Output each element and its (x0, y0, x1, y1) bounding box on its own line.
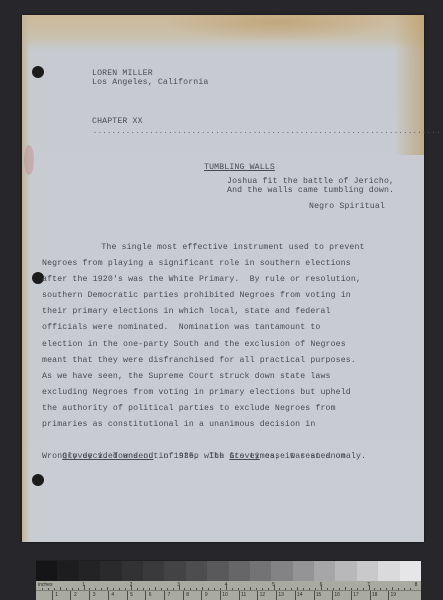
cm-mark-label: 13 (278, 592, 284, 598)
ruler-tick (351, 588, 352, 590)
ruler-tick (232, 588, 233, 590)
ruler-tick (208, 588, 209, 590)
ruler-tick (285, 588, 286, 590)
cm-mark-label: 11 (241, 592, 246, 598)
ruler-tick (238, 588, 239, 590)
ruler-tick (66, 588, 67, 590)
ruler-tick (276, 591, 277, 600)
cm-mark-label: 5 (130, 592, 133, 598)
cm-mark-label: 4 (111, 592, 114, 598)
ruler-tick (89, 591, 90, 600)
ruler-tick (101, 588, 102, 590)
ruler-tick (262, 588, 263, 590)
grayscale-patch (378, 561, 399, 581)
ruler-tick (357, 588, 358, 590)
grayscale-patch (164, 561, 185, 581)
ruler-tick (226, 585, 227, 590)
grayscale-patch (122, 561, 143, 581)
chapter-divider: ........................................… (93, 129, 441, 135)
ruler-tick (190, 588, 191, 590)
ruler-tick (220, 588, 221, 590)
grayscale-patch (271, 561, 292, 581)
cm-mark-label: 10 (222, 592, 228, 598)
ruler-tick (60, 587, 61, 590)
grayscale-patch (143, 561, 164, 581)
body-line: southern Democratic parties prohibited N… (42, 288, 366, 304)
cm-mark-label: 9 (205, 592, 208, 598)
inch-mark-label: 8 (415, 582, 418, 588)
cm-mark-label: 8 (186, 592, 189, 598)
ruler-tick (333, 588, 334, 590)
ruler-tick (363, 588, 364, 590)
ruler-tick (164, 591, 165, 600)
cm-mark-label: 18 (372, 592, 378, 598)
body-line: Negroes from playing a significant role … (42, 256, 366, 272)
ruler-tick (214, 588, 215, 590)
ruler-tick (143, 588, 144, 590)
body-line: The single most effective instrument use… (76, 240, 366, 256)
ruler-tick (149, 588, 150, 590)
ruler-tick (410, 588, 411, 590)
ruler-tick (125, 588, 126, 590)
body-line: after the 1920's was the White Primary. … (42, 272, 366, 288)
ruler-tick (244, 588, 245, 590)
ruler-tick (119, 588, 120, 590)
ruler-tick (179, 585, 180, 590)
ruler-tick (52, 591, 53, 600)
ruler-tick (388, 591, 389, 600)
cm-mark-label: 19 (391, 592, 397, 598)
ruler-tick (392, 587, 393, 590)
grayscale-patch (229, 561, 250, 581)
grayscale-patch (314, 561, 335, 581)
ruler-tick (256, 588, 257, 590)
ruler-tick (113, 588, 114, 590)
ruler-tick (268, 588, 269, 590)
grayscale-patch (400, 561, 421, 581)
ruler-tick (42, 588, 43, 590)
ruler-tick (257, 591, 258, 600)
body-line: officials were nominated. Nomination was… (42, 320, 366, 336)
body-line: Wrongly decided and out of step with its… (42, 449, 366, 465)
ruler-tick (127, 591, 128, 600)
ruler-tick (161, 588, 162, 590)
ruler-tick (380, 588, 381, 590)
ruler-tick (108, 591, 109, 600)
chapter-label: CHAPTER XX (92, 117, 143, 127)
ruler-tick (295, 591, 296, 600)
grayscale-patch (36, 561, 57, 581)
ruler-tick (155, 587, 156, 590)
ruler-tick (184, 588, 185, 590)
ruler-tick (145, 591, 146, 600)
ruler-tick (303, 588, 304, 590)
ruler-tick (386, 588, 387, 590)
epigraph-line-2: And the walls came tumbling down. (227, 186, 394, 196)
ruler-tick (72, 588, 73, 590)
red-stain (24, 145, 34, 175)
ruler-tick (339, 588, 340, 590)
body-line: their primary elections in which local, … (42, 304, 366, 320)
ruler-tick (196, 588, 197, 590)
cm-mark-label: 14 (297, 592, 303, 598)
cm-mark-label: 1 (55, 592, 58, 598)
ruler-tick (95, 588, 96, 590)
cm-mark-label: 3 (93, 592, 96, 598)
ruler-tick (404, 588, 405, 590)
ruler-tick (327, 588, 328, 590)
ruler-tick (297, 587, 298, 590)
ruler-unit-label: inches (38, 582, 52, 588)
ruler-cm-row: 12345678910111213141516171819 (36, 591, 421, 600)
ruler-tick (279, 588, 280, 590)
punch-hole-top (32, 66, 44, 78)
ruler-tick (220, 591, 221, 600)
body-line: the authority of political parties to ex… (42, 401, 366, 417)
ruler-tick (332, 591, 333, 600)
grayscale-patch (186, 561, 207, 581)
body-line: excluding Negroes from voting in primary… (42, 385, 366, 401)
body-line-case-citation: Grovey v. Townsend in 1935. The Grovey c… (42, 433, 366, 449)
ruler-tick (345, 587, 346, 590)
grayscale-patch (293, 561, 314, 581)
ruler-inches-row: inches 12345678 (36, 581, 421, 591)
ruler-tick (321, 585, 322, 590)
body-paragraph: The single most effective instrument use… (70, 240, 366, 465)
grayscale-strip (36, 561, 421, 581)
author-location: Los Angeles, California (92, 78, 208, 88)
ruler-tick (274, 585, 275, 590)
ruler-tick (314, 591, 315, 600)
grayscale-patch (250, 561, 271, 581)
chapter-title: TUMBLING WALLS (204, 163, 275, 173)
body-line: primaries as constitutional in a unanimo… (42, 417, 366, 433)
body-line: As we have seen, the Supreme Court struc… (42, 369, 366, 385)
ruler-tick (167, 588, 168, 590)
cm-mark-label: 7 (168, 592, 171, 598)
ruler-tick (370, 591, 371, 600)
ruler-tick (54, 588, 55, 590)
ruler-tick (398, 588, 399, 590)
cm-mark-label: 12 (260, 592, 266, 598)
grayscale-patch (57, 561, 78, 581)
ruler-tick (137, 588, 138, 590)
ruler-tick (131, 585, 132, 590)
grayscale-patch (357, 561, 378, 581)
ruler-tick (173, 588, 174, 590)
ruler-tick (239, 591, 240, 600)
grayscale-patch (207, 561, 228, 581)
ruler-tick (309, 588, 310, 590)
ruler-tick (201, 591, 202, 600)
ruler-tick (70, 591, 71, 600)
ruler-tick (374, 588, 375, 590)
ruler-tick (107, 587, 108, 590)
ruler-tick (84, 585, 85, 590)
ruler-tick (89, 588, 90, 590)
ruler-tick (351, 591, 352, 600)
ruler-tick (202, 587, 203, 590)
ruler-tick (369, 585, 370, 590)
ruler-tick (291, 588, 292, 590)
measurement-ruler: inches 12345678 123456789101112131415161… (36, 581, 421, 600)
ruler-tick (315, 588, 316, 590)
grayscale-patch (335, 561, 356, 581)
cm-mark-label: 16 (334, 592, 340, 598)
grayscale-patch (100, 561, 121, 581)
ruler-tick (78, 588, 79, 590)
cm-mark-label: 6 (149, 592, 152, 598)
body-line: meant that they were disfranchised for a… (42, 353, 366, 369)
cm-mark-label: 17 (353, 592, 359, 598)
ruler-tick (48, 588, 49, 590)
cm-mark-label: 2 (74, 592, 77, 598)
cm-mark-label: 15 (316, 592, 322, 598)
ruler-tick (183, 591, 184, 600)
water-stain (162, 15, 392, 41)
ruler-tick (250, 587, 251, 590)
grayscale-patch (79, 561, 100, 581)
epigraph-attribution: Negro Spiritual (309, 202, 385, 212)
body-line: election in the one-party South and the … (42, 337, 366, 353)
